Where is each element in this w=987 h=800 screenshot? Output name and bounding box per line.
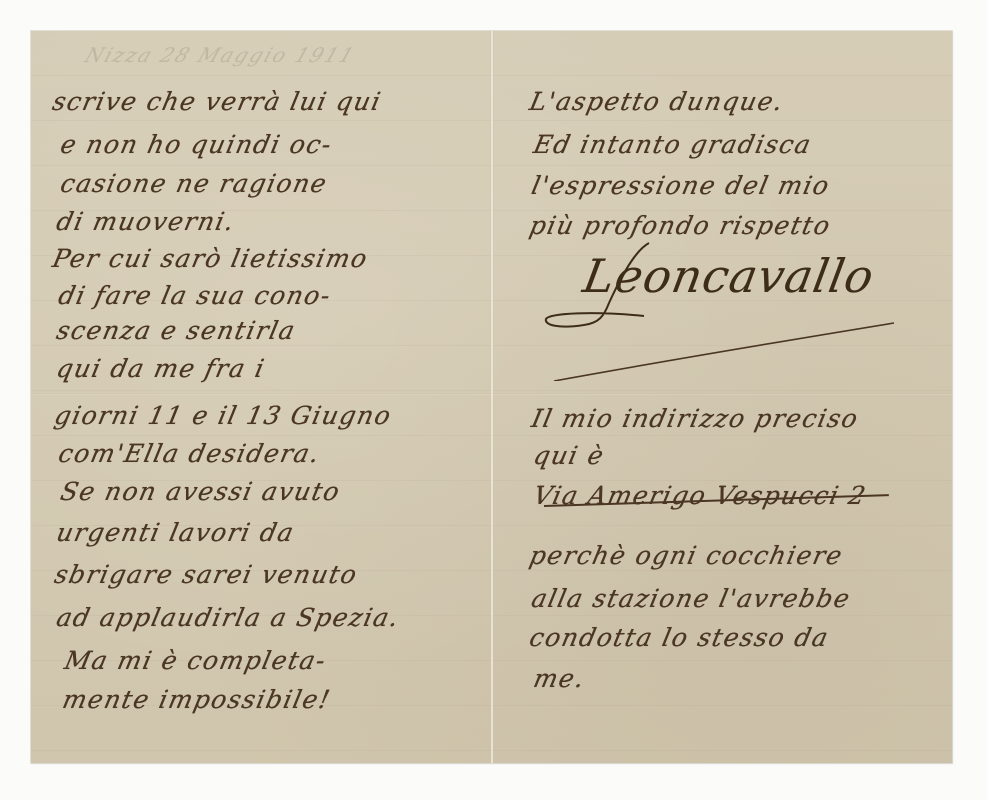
text-line: sbrigare sarei venuto: [52, 560, 361, 589]
address-intro-line: qui è: [531, 441, 608, 470]
right-page: L'aspetto dunque. Ed intanto gradisca l'…: [494, 31, 952, 763]
postscript-line: condotta lo stesso da: [527, 623, 832, 652]
text-line: di muoverni.: [54, 207, 238, 236]
text-line: casione ne ragione: [58, 169, 330, 198]
text-line: di fare la sua cono-: [56, 281, 334, 310]
postscript-line: perchè ogni cocchiere: [527, 541, 846, 570]
text-line: ad applaudirla a Spezia.: [54, 603, 403, 632]
text-line: Per cui sarò lietissimo: [50, 244, 371, 273]
closing-line: più profondo rispetto: [527, 211, 834, 240]
signature: Leoncavallo: [579, 249, 878, 303]
left-page: Nizza 28 Maggio 1911 scrive che verrà lu…: [31, 31, 490, 763]
text-line: Ma mi è completa-: [62, 646, 329, 675]
text-line: e non ho quindi oc-: [58, 130, 335, 159]
text-line: scenza e sentirla: [54, 316, 299, 345]
closing-line: L'aspetto dunque.: [527, 87, 787, 116]
closing-line: Ed intanto gradisca: [531, 130, 815, 159]
text-line: giorni 11 e il 13 Giugno: [52, 401, 395, 430]
letter-sheet: Nizza 28 Maggio 1911 scrive che verrà lu…: [31, 31, 952, 763]
closing-line: l'espressione del mio: [529, 171, 833, 200]
text-line: mente impossibile!: [60, 685, 334, 714]
address-intro-line: Il mio indirizzo preciso: [529, 404, 862, 433]
text-line: urgenti lavori da: [54, 518, 297, 547]
text-line: scrive che verrà lui qui: [50, 87, 384, 116]
text-line: qui da me fra i: [54, 354, 268, 383]
bleed-through-text: Nizza 28 Maggio 1911: [82, 43, 360, 67]
text-line: Se non avessi avuto: [58, 477, 343, 506]
postscript-line: me.: [531, 664, 588, 693]
text-line: com'Ella desidera.: [56, 439, 323, 468]
postscript-line: alla stazione l'avrebbe: [529, 584, 854, 613]
